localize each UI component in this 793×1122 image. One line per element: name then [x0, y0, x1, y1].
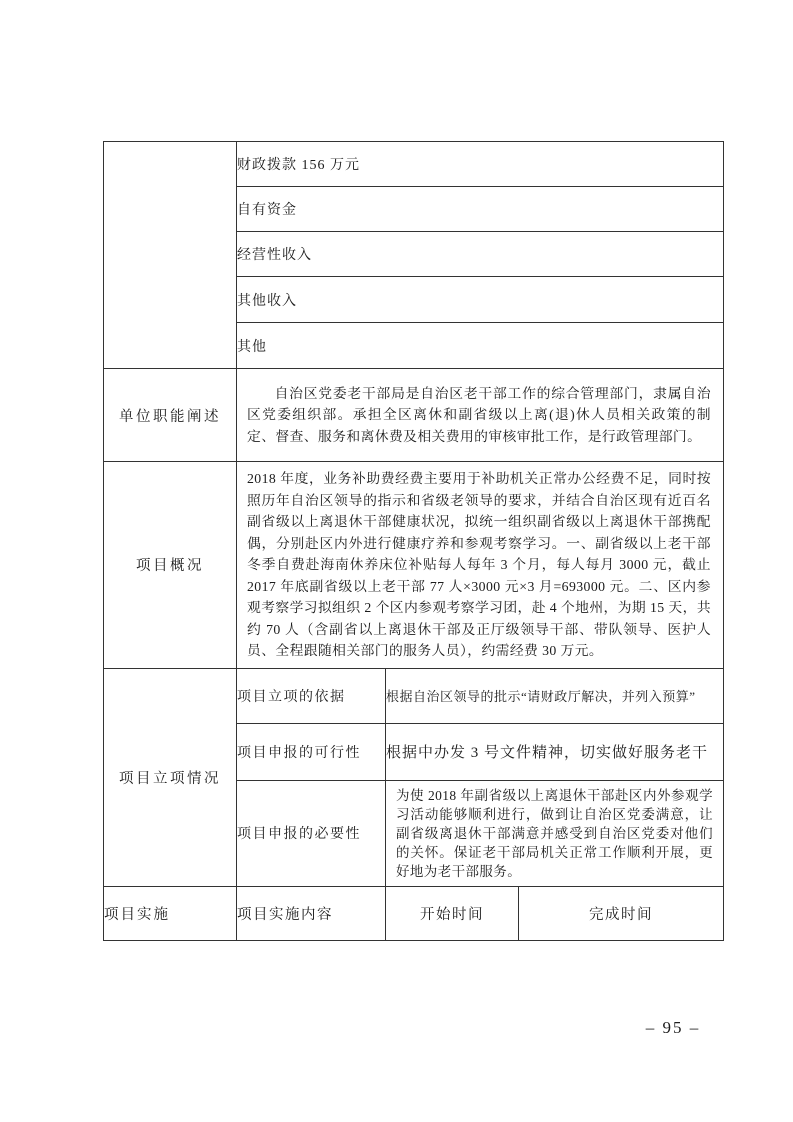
- page-number: – 95 –: [628, 1018, 718, 1038]
- income-row-label: 自有资金: [237, 203, 297, 218]
- income-source-spanning-cell: [104, 142, 237, 369]
- project-overview-label: 项目概况: [104, 462, 237, 669]
- implementation-label: 项目实施: [104, 886, 237, 940]
- income-row-fiscal-allocation: 财政拨款 156 万元: [237, 142, 724, 187]
- project-approval-label: 项目立项情况: [104, 668, 237, 886]
- document-page: 财政拨款 156 万元 自有资金 经营性收入 其他收入 其他 单位职能阐述 自治…: [0, 0, 793, 1122]
- approval-necessity-content-cell: 为使 2018 年副省级以上离退休干部赴区内外参观学习活动能够顺利进行，做到让自…: [386, 780, 724, 886]
- income-row-label: 经营性收入: [237, 248, 312, 263]
- project-overview-content-cell: 2018 年度，业务补助费经费主要用于补助机关正常办公经费不足，同时按照历年自治…: [237, 462, 724, 669]
- unit-function-label: 单位职能阐述: [104, 369, 237, 462]
- income-row-other: 其他: [237, 323, 724, 369]
- income-row-operating-income: 经营性收入: [237, 232, 724, 277]
- implementation-content-header: 项目实施内容: [237, 886, 386, 940]
- budget-project-table: 财政拨款 156 万元 自有资金 经营性收入 其他收入 其他 单位职能阐述 自治…: [103, 141, 724, 941]
- income-row-label: 其他: [237, 340, 267, 355]
- unit-function-content: 自治区党委老干部局是自治区老干部工作的综合管理部门，隶属自治区党委组织部。承担全…: [237, 377, 723, 454]
- income-row-label: 财政拨款 156 万元: [237, 158, 360, 173]
- income-row-own-funds: 自有资金: [237, 187, 724, 232]
- approval-feasibility-content: 根据中办发 3 号文件精神，切实做好服务老干: [386, 723, 724, 780]
- approval-necessity-content: 为使 2018 年副省级以上离退休干部赴区内外参观学习活动能够顺利进行，做到让自…: [386, 781, 723, 886]
- approval-feasibility-label: 项目申报的可行性: [237, 723, 386, 780]
- implementation-start-header: 开始时间: [386, 886, 519, 940]
- implementation-finish-header: 完成时间: [519, 886, 724, 940]
- income-row-other-income: 其他收入: [237, 277, 724, 323]
- approval-basis-content: 根据自治区领导的批示“请财政厅解决，并列入预算”: [386, 668, 724, 723]
- approval-necessity-label: 项目申报的必要性: [237, 780, 386, 886]
- project-overview-content: 2018 年度，业务补助费经费主要用于补助机关正常办公经费不足，同时按照历年自治…: [237, 462, 723, 668]
- unit-function-content-cell: 自治区党委老干部局是自治区老干部工作的综合管理部门，隶属自治区党委组织部。承担全…: [237, 369, 724, 462]
- income-row-label: 其他收入: [237, 294, 297, 309]
- approval-basis-label: 项目立项的依据: [237, 668, 386, 723]
